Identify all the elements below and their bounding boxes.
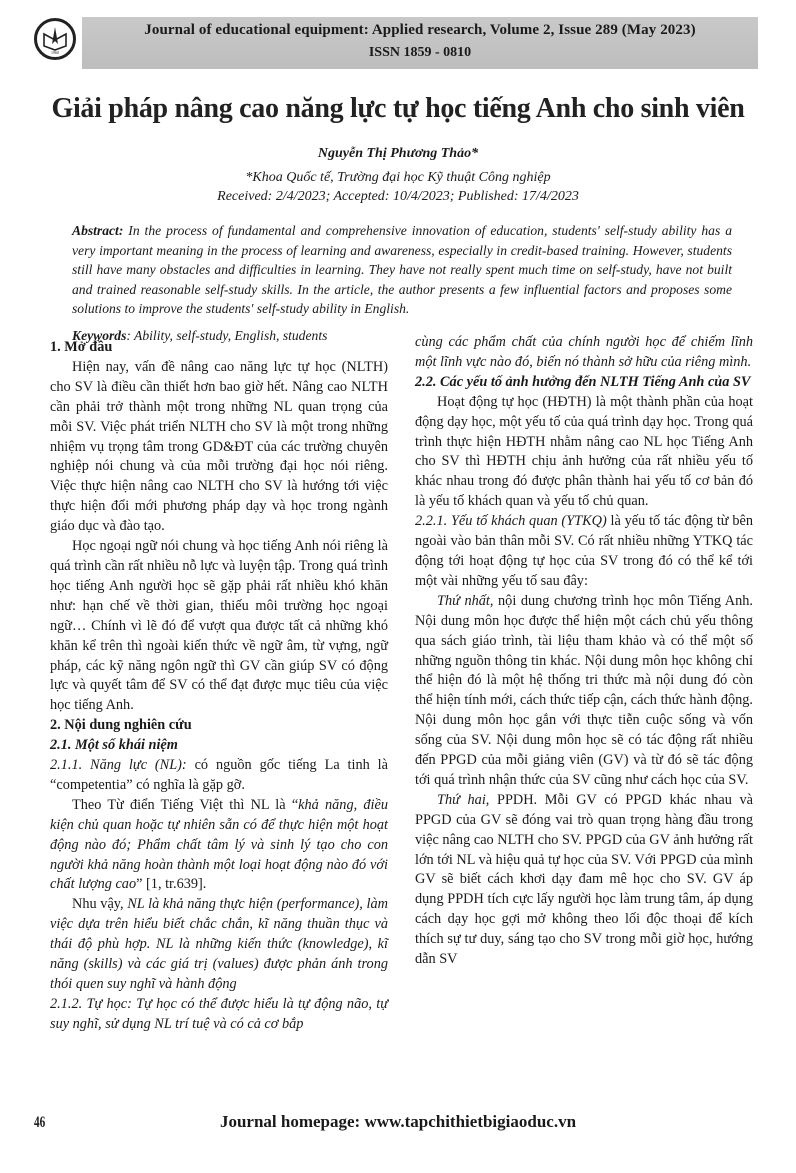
enumeration-label: Thứ nhất <box>437 593 490 609</box>
right-column: cùng các phẩm chất của chính người học đ… <box>415 333 753 970</box>
paragraph: Thứ hai, PPDH. Mỗi GV có PPGD khác nhau … <box>415 791 753 970</box>
abstract-label: Abstract: <box>72 223 123 238</box>
paragraph: Theo Từ điển Tiếng Việt thì NL là “khả n… <box>50 796 388 896</box>
citation: ” [1, tr.639]. <box>136 876 206 892</box>
author-name: Nguyễn Thị Phương Thảo* <box>0 146 796 162</box>
subsection-heading-factors: 2.2. Các yếu tố ảnh hưởng đến NLTH Tiếng… <box>415 373 753 393</box>
section-heading-intro: 1. Mở đầu <box>50 338 388 358</box>
paragraph: 2.1.2. Tự học: Tự học có thể được hiểu l… <box>50 995 388 1035</box>
enumeration-label: Thứ hai <box>437 792 486 808</box>
text: Nhu vậy, <box>72 896 127 912</box>
term-label: 2.1.1. Năng lực (NL): <box>50 757 187 773</box>
left-column: 1. Mở đầu Hiện nay, vấn đề nâng cao năng… <box>50 338 388 1035</box>
paragraph: cùng các phẩm chất của chính người học đ… <box>415 333 753 373</box>
text: , PPDH. Mỗi GV có PPGD khác nhau và PPGD… <box>415 792 753 967</box>
paragraph: Nhu vậy, NL là khả năng thực hiện (perfo… <box>50 895 388 995</box>
journal-citation: Journal of educational equipment: Applie… <box>82 22 758 39</box>
emblem-graphic: 1960 <box>38 22 72 56</box>
journal-homepage: Journal homepage: www.tapchithietbigiaod… <box>0 1112 796 1132</box>
term-label: 2.2.1. Yếu tố khách quan (YTKQ) <box>415 513 607 529</box>
paragraph: Hiện nay, vấn đề nâng cao năng lực tự họ… <box>50 358 388 537</box>
text: , nội dung chương trình học môn Tiếng An… <box>415 593 753 788</box>
svg-text:1960: 1960 <box>51 50 59 55</box>
paragraph: 2.2.1. Yếu tố khách quan (YTKQ) là yếu t… <box>415 512 753 592</box>
paragraph: Thứ nhất, nội dung chương trình học môn … <box>415 592 753 791</box>
subsection-heading-concepts: 2.1. Một số khái niệm <box>50 736 388 756</box>
author-affiliation: *Khoa Quốc tế, Trường đại học Kỹ thuật C… <box>0 170 796 186</box>
paragraph: Học ngoại ngữ nói chung và học tiếng Anh… <box>50 537 388 716</box>
issn: ISSN 1859 - 0810 <box>82 45 758 61</box>
paragraph: 2.1.1. Năng lực (NL): có nguồn gốc tiếng… <box>50 756 388 796</box>
paragraph: Hoạt động tự học (HĐTH) là một thành phầ… <box>415 393 753 512</box>
abstract: Abstract: In the process of fundamental … <box>72 221 732 319</box>
abstract-text: In the process of fundamental and compre… <box>72 223 732 316</box>
journal-emblem-icon: 1960 <box>34 18 76 60</box>
text: Theo Từ điển Tiếng Việt thì NL là “ <box>72 797 298 813</box>
journal-header: Journal of educational equipment: Applie… <box>82 17 758 69</box>
section-heading-content: 2. Nội dung nghiên cứu <box>50 716 388 736</box>
article-dates: Received: 2/4/2023; Accepted: 10/4/2023;… <box>0 189 796 205</box>
article-title: Giải pháp nâng cao năng lực tự học tiếng… <box>0 93 796 125</box>
